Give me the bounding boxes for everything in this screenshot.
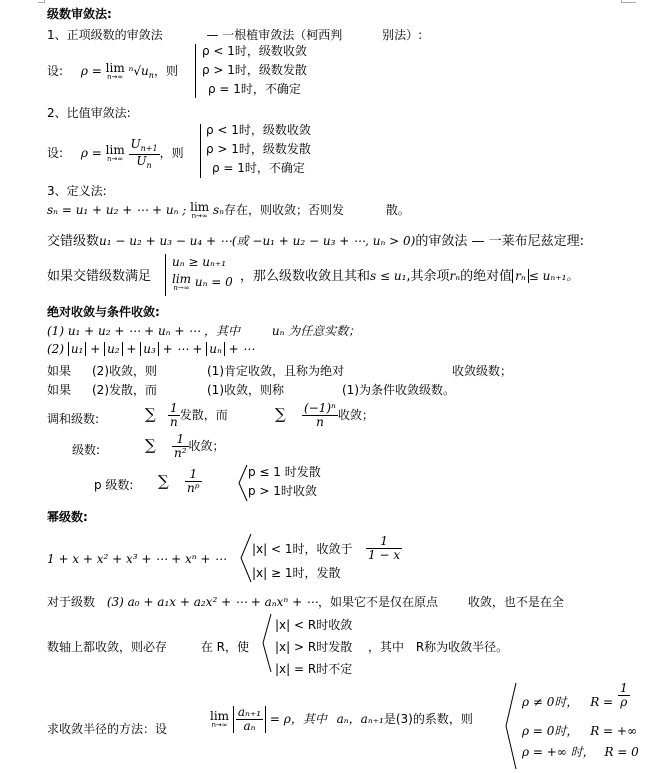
radius-case-2: ρ = 0时， R = +∞: [522, 722, 637, 739]
result-end: (1)为条件收敛级数。: [342, 381, 455, 398]
abs-term: uₙ: [206, 342, 225, 356]
then-text: ，则: [154, 64, 178, 78]
absolute-line3: 如果 (2)收敛，则 (1)肯定收敛，且称为绝对 收敛级数；: [47, 362, 71, 379]
rho-infinite: ρ = +∞ 时，: [522, 745, 595, 759]
denominator: nᵖ: [185, 482, 202, 495]
harmonic-label: 调和级数:: [47, 410, 99, 427]
absolute-line4: 如果 (2)发散，而 (1)收敛，则称 (1)为条件收敛级数。: [47, 381, 71, 398]
fraction: (−1)ⁿn: [302, 402, 338, 429]
limit-fraction: 11 − x: [366, 535, 402, 562]
lim-sub: n→∞: [106, 156, 125, 163]
absolute-line2: (2) u₁ + u₂ + u₃ + ⋯ + uₙ + ⋯: [47, 342, 255, 356]
section1-heading-suffix: 别法）:: [382, 28, 422, 42]
r-value: R =: [590, 695, 613, 709]
fraction: 1n: [168, 402, 180, 429]
numerator: U: [131, 137, 141, 151]
angle-bracket-icon: [238, 464, 248, 502]
numerator: 1: [366, 535, 402, 549]
series-label: 级数:: [72, 441, 100, 458]
section1-formula: 设: ρ = limn→∞ ⁿ√un，则: [47, 62, 178, 81]
sum-condition: s ≤ u₁: [370, 269, 406, 283]
numerator: (−1)ⁿ: [302, 402, 338, 416]
section1-heading-dash: — 一根植审敛法（柯西判: [206, 28, 342, 42]
power-heading: 幂级数:: [47, 508, 88, 525]
sigma-icon: ∑: [145, 436, 156, 454]
result-text: (1)肯定收敛，且称为绝对: [207, 362, 344, 379]
section2-heading: 2、比值审敛法:: [47, 104, 131, 121]
r-case-converge: |x| < R时收敛: [275, 614, 352, 636]
alt-formula: u₁ − u₂ + u₃ − u₄ + ⋯(或 −u₁ + u₂ − u₃ + …: [99, 234, 415, 248]
alt-prefix: 交错级数: [47, 234, 99, 249]
numerator-sub: n+1: [141, 144, 158, 153]
if-text: 如果: [47, 364, 71, 378]
power-line-a: 对于级数 (3) a₀ + a₁x + a₂x² + ⋯ + aₙxⁿ + ⋯，…: [47, 593, 564, 610]
converge-text: 收敛；: [338, 408, 374, 422]
condition-text: ，如果它不是仅在原点: [318, 595, 438, 609]
limit: limn→∞: [106, 62, 125, 81]
alternating-line2-prefix: 如果交错级数满足: [47, 265, 151, 284]
sigma-icon: ∑: [158, 472, 169, 490]
fraction: 1nᵖ: [185, 468, 202, 495]
equals-rho: = ρ，其中: [270, 712, 327, 726]
exists-text: 数轴上都收敛，则必存: [47, 640, 167, 654]
case-converge: |x| < 1时，收敛于: [252, 537, 353, 561]
radius-cases: |x| < R时收敛 |x| > R时发散 |x| = R时不定: [275, 614, 352, 680]
geometric-series: 1 + x + x² + x³ + ⋯ + xⁿ + ⋯: [47, 552, 226, 566]
rho-equals: ρ =: [81, 64, 102, 78]
angle-bracket-icon: [505, 682, 517, 770]
limit: limn→∞: [172, 273, 191, 292]
denominator: n²: [172, 447, 189, 460]
cond-text: (2)发散，而: [92, 381, 157, 398]
p-case-diverge: p ≤ 1 时发散: [248, 463, 321, 482]
ratio-abs: aₙ₊₁aₙ: [233, 706, 266, 733]
p-term: 1nᵖ: [185, 468, 202, 495]
radius-case-3: ρ = +∞ 时， R = 0: [522, 743, 639, 760]
cond-text: (2)收敛，则: [92, 362, 157, 379]
r-zero: R = 0: [604, 745, 638, 759]
series-1-note: uₙ 为任意实数；: [272, 324, 360, 338]
fraction: 11 − x: [366, 535, 402, 562]
left-brace: [195, 44, 196, 98]
converge-text: 收敛；: [189, 439, 225, 453]
case-greater: ρ > 1时，级数发散: [202, 61, 307, 80]
condition-limit-zero: uₙ = 0: [195, 275, 233, 289]
lim-sub: n→∞: [106, 74, 125, 81]
coefficient-text: 是(3)的系数，则: [384, 712, 473, 726]
denominator: n: [168, 416, 180, 429]
lim-text: lim: [106, 144, 125, 156]
denominator: ρ: [618, 696, 630, 709]
abs-term: u₁: [68, 342, 87, 356]
numerator: 1: [185, 468, 202, 482]
r-case-diverge: |x| > R时发散: [275, 636, 352, 658]
power-cases: |x| < 1时，收敛于 |x| ≥ 1时，发散: [252, 537, 353, 585]
section3-text-end: 散。: [386, 203, 410, 217]
section2-cases: ρ < 1时，级数收敛 ρ > 1时，级数发散 ρ = 1时，不确定: [206, 121, 311, 178]
alt-text3: 的绝对值: [460, 269, 512, 284]
limit: limn→∞: [106, 144, 125, 163]
section3-formula: sₙ = u₁ + u₂ + ⋯ + uₙ ; limn→∞ sₙ存在，则收敛；…: [47, 201, 410, 220]
rho-equals: ρ =: [81, 146, 102, 160]
section3-heading: 3、定义法:: [47, 182, 107, 199]
limit: limn→∞: [190, 201, 209, 220]
section1-heading: 1、正项级数的审敛法 — 一根植审敛法（柯西判 别法）:: [47, 26, 422, 43]
diverge-text: 发散，而: [180, 408, 228, 422]
lim-sub: n→∞: [190, 213, 209, 220]
numerator: aₙ₊₁: [236, 706, 263, 720]
series-2-label: (2): [47, 342, 64, 356]
if-text: 如果: [47, 383, 71, 397]
case-greater: ρ > 1时，级数发散: [206, 140, 311, 159]
alternating-line2: ，那么级数收敛且其和s ≤ u₁,其余项rₙ的绝对值rₙ≤ uₙ₊₁。: [240, 265, 578, 284]
sn: sₙ: [213, 203, 224, 217]
power-line-b: 数轴上都收敛，则必存 在 R，使: [47, 638, 249, 655]
absolute-line1: (1) u₁ + u₂ + ⋯ + uₙ + ⋯ ，其中 uₙ 为任意实数；: [47, 322, 360, 339]
p-series-cases: p ≤ 1 时发散 p > 1时收敛: [248, 463, 321, 501]
case-less: ρ < 1时，级数收敛: [202, 42, 307, 61]
alternating-line1: 交错级数u₁ − u₂ + u₃ − u₄ + ⋯(或 −u₁ + u₂ − u…: [47, 230, 584, 249]
then-text: ，则: [160, 146, 184, 160]
power-series-formula: (3) a₀ + a₁x + a₂x² + ⋯ + aₙxⁿ + ⋯: [107, 595, 318, 609]
angle-bracket-icon: [240, 533, 252, 583]
sigma-icon: ∑: [145, 405, 156, 423]
section2-formula: 设: ρ = limn→∞ Un+1 Un ，则: [47, 138, 184, 171]
condition-end: 收敛，也不是在全: [468, 595, 564, 609]
result-end: 收敛级数；: [452, 362, 512, 379]
lim-sub: n→∞: [172, 285, 191, 292]
fraction: 1ρ: [618, 682, 630, 709]
partial-sum: sₙ = u₁ + u₂ + ⋯ + uₙ ;: [47, 203, 186, 217]
series-1: (1) u₁ + u₂ + ⋯ + uₙ + ⋯ ，其中: [47, 324, 240, 338]
case-equal: ρ = 1时，不确定: [202, 80, 307, 99]
rho-zero: ρ = 0时，: [522, 724, 578, 738]
denominator: aₙ: [236, 720, 263, 733]
angle-bracket-icon: [262, 613, 272, 673]
coefficients: aₙ，aₙ₊₁: [337, 712, 384, 726]
case-equal: ρ = 1时，不确定: [206, 159, 311, 178]
fraction: 1n²: [172, 433, 189, 460]
alt-suffix: 的审敛法 — 一莱布尼兹定理:: [415, 234, 584, 249]
denominator: 1 − x: [366, 549, 402, 562]
numerator: 1: [172, 433, 189, 447]
r-case-undetermined: |x| = R时不定: [275, 658, 352, 680]
exists-r: 在 R，使: [201, 640, 249, 654]
numerator: 1: [618, 682, 630, 696]
harmonic-term: 1n发散，而: [168, 402, 228, 429]
left-brace: [165, 254, 166, 296]
case-diverge: |x| ≥ 1时，发散: [252, 561, 353, 585]
radius-note: ，其中 R称为收敛半径。: [368, 638, 508, 655]
section3-text: 存在，则收敛；否则发: [224, 203, 344, 217]
abs-remainder: rₙ: [512, 269, 529, 283]
numerator: 1: [168, 402, 180, 416]
alt-text: ，那么级数收敛且其和: [240, 269, 370, 284]
radius-formula: limn→∞ aₙ₊₁aₙ = ρ，其中 aₙ，aₙ₊₁是(3)的系数，则: [210, 706, 473, 733]
r-infinite: R = +∞: [590, 724, 637, 738]
radius-method-prefix: 求收敛半径的方法：设: [47, 720, 167, 737]
p-case-converge: p > 1时收敛: [248, 482, 321, 501]
section1-cases: ρ < 1时，级数收敛 ρ > 1时，级数发散 ρ = 1时，不确定: [202, 42, 307, 99]
section1-heading-prefix: 1、正项级数的审敛法: [47, 28, 163, 42]
alt-end: ≤ uₙ₊₁。: [529, 269, 579, 283]
result-text: (1)收敛，则称: [207, 381, 284, 398]
alt-text2: ,其余项: [406, 269, 449, 284]
limit: limn→∞: [210, 710, 229, 729]
radius-case-1: ρ ≠ 0时， R =: [522, 693, 613, 710]
p-series-label: p 级数:: [94, 476, 133, 493]
denominator: n: [302, 416, 338, 429]
r-fraction: 1ρ: [618, 682, 630, 709]
radius-definition: R称为收敛半径。: [416, 640, 508, 654]
nth-root: ⁿ√u: [129, 64, 149, 78]
condition-decreasing: uₙ ≥ uₙ₊₁: [172, 252, 233, 272]
denominator-sub: n: [147, 161, 152, 170]
case-less: ρ < 1时，级数收敛: [206, 121, 311, 140]
lim-sub: n→∞: [210, 722, 229, 729]
alternating-conditions: uₙ ≥ uₙ₊₁ limn→∞ uₙ = 0: [172, 252, 233, 292]
sigma-icon: ∑: [275, 405, 286, 423]
n2-term: 1n²收敛；: [172, 433, 225, 460]
page-corner-mark-left: [38, 0, 45, 3]
alt-harmonic-term: (−1)ⁿn收敛；: [302, 402, 374, 429]
abs-term: u₂: [104, 342, 123, 356]
let-label: 设:: [47, 64, 63, 78]
where-text: ，其中: [368, 640, 404, 654]
rho-nonzero: ρ ≠ 0时，: [522, 695, 578, 709]
let-label: 设:: [47, 146, 63, 160]
abs-term: u₃: [140, 342, 159, 356]
ratio-fraction: Un+1 Un: [129, 138, 160, 171]
document-title: 级数审敛法:: [47, 5, 112, 22]
denominator: U: [136, 154, 146, 168]
page-corner-mark-right: [621, 0, 636, 3]
absolute-heading: 绝对收敛与条件收敛:: [47, 303, 160, 320]
left-brace: [200, 124, 201, 178]
remainder: rₙ: [450, 269, 461, 283]
for-series: 对于级数: [47, 595, 95, 609]
